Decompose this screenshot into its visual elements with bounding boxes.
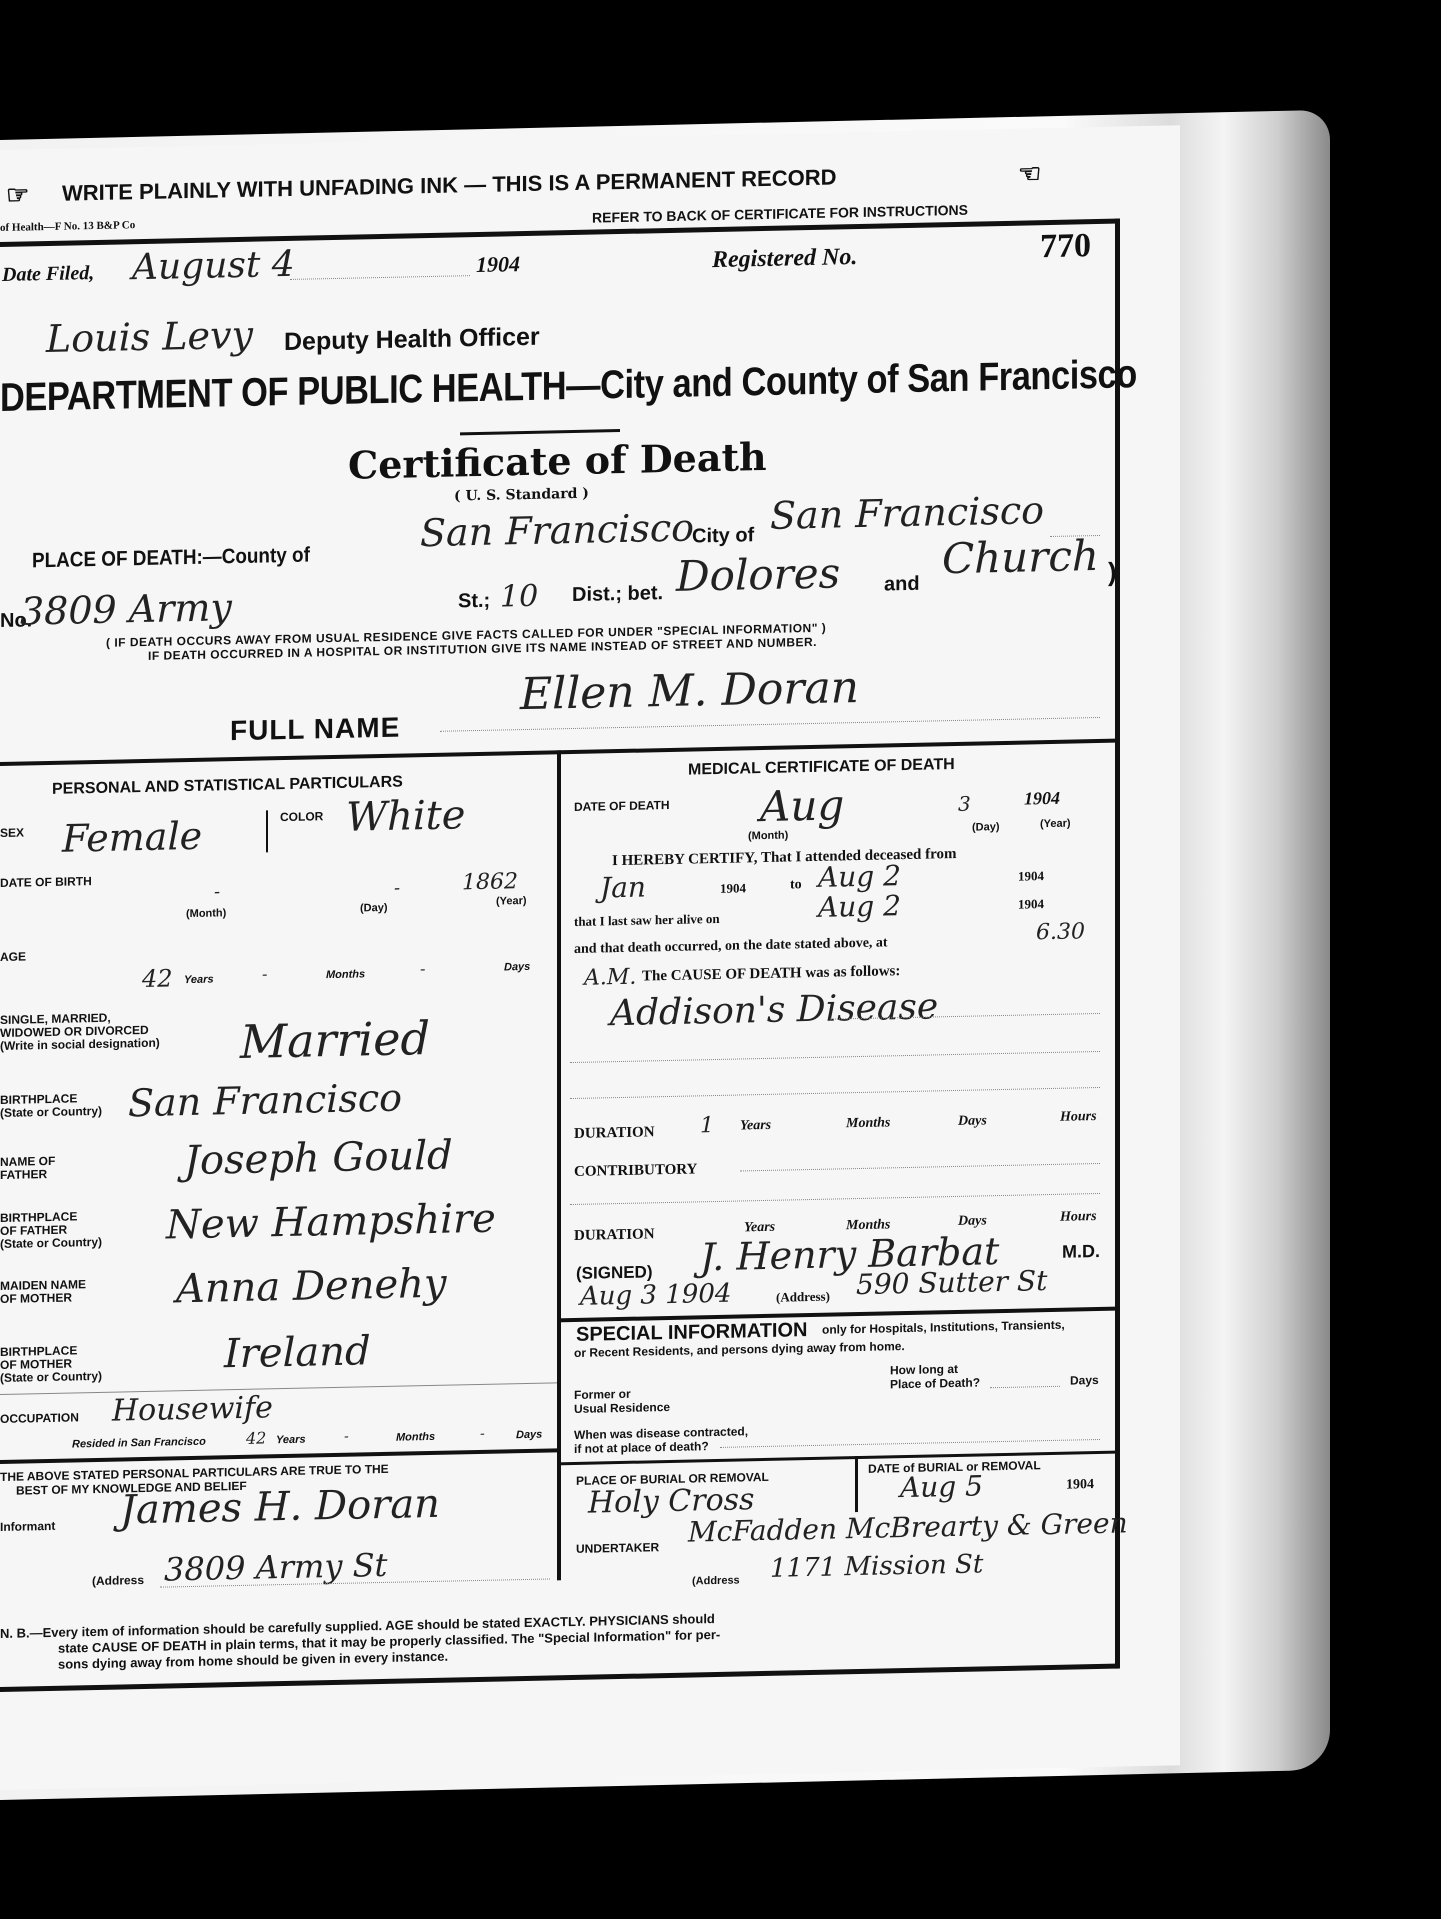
occupation-value: Housewife [112,1390,273,1428]
birthplace-value: San Francisco [128,1076,402,1126]
mother-birthplace-label: BIRTHPLACE OF MOTHER (State or Country) [0,1344,102,1385]
birth-day: - [394,878,400,899]
death-certificate-page: ☞ WRITE PLAINLY WITH UNFADING INK — THIS… [0,125,1180,1790]
burial-date: Aug 5 [900,1469,983,1504]
mother-value: Anna Denehy [176,1261,447,1313]
age-label: AGE [0,949,26,964]
last-saw-label: that I last saw her alive on [574,911,720,930]
between-street-2: Church [942,531,1099,583]
birth-year: 1862 [462,869,518,895]
attended-from: Jan [600,870,646,904]
street-value: 3809 Army [20,585,232,633]
death-month: Aug [760,780,844,831]
filed-label: Date Filed, [2,262,94,287]
informant-label: Informant [0,1519,55,1534]
father-birthplace-value: New Hampshire [166,1196,496,1249]
undertaker-address: 1171 Mission St [770,1549,983,1583]
death-time: 6.30 [1036,919,1085,945]
between-street-1: Dolores [676,548,840,600]
dist-label: Dist.; bet. [572,582,663,607]
banner-text: WRITE PLAINLY WITH UNFADING INK — THIS I… [62,164,837,206]
birthplace-label: BIRTHPLACE (State or Country) [0,1092,102,1120]
cause-value: Addison's Disease [610,986,938,1034]
sex-value: Female [62,814,202,861]
contributory-label: CONTRIBUTORY [574,1161,697,1181]
burial-year: 1904 [1066,1477,1094,1494]
duration-years: 1 [700,1113,714,1138]
pointing-hand-icon: ☜ [1018,158,1041,189]
contributory-duration-label: DURATION [574,1226,655,1245]
undertaker-label: UNDERTAKER [576,1540,659,1556]
county-value: San Francisco [420,505,694,555]
signed-date: Aug 3 1904 [580,1279,731,1312]
city-value: San Francisco [770,488,1044,538]
district-value: 10 [500,579,538,615]
st-label: St.; [458,590,490,614]
contracted-label: When was disease contracted, if not at p… [574,1424,748,1456]
occupation-label: OCCUPATION [0,1410,79,1426]
color-label: COLOR [280,809,323,824]
full-name-label: FULL NAME [230,712,400,748]
pointing-hand-icon: ☞ [6,179,30,210]
birth-label: DATE OF BIRTH [0,874,92,890]
registered-number: 770 [1040,227,1091,266]
informant-value: James H. Doran [120,1481,440,1534]
date-of-death-label: DATE OF DEATH [574,798,670,814]
marital-value: Married [240,1011,430,1069]
full-name-value: Ellen M. Doran [520,662,859,720]
filed-date: August 4 [132,244,295,288]
informant-address-label: (Address [92,1573,144,1588]
death-year: 1904 [1024,788,1060,810]
duration-label: DURATION [574,1124,655,1143]
mother-birthplace-value: Ireland [224,1328,371,1377]
color-value: White [346,792,465,841]
father-label: NAME OF FATHER [0,1155,55,1182]
officer-title: Deputy Health Officer [284,323,540,357]
sex-label: SEX [0,825,24,840]
father-value: Joseph Gould [184,1133,453,1185]
death-ampm: A.M. [584,965,636,991]
residence-label: Former or Usual Residence [574,1386,670,1416]
form-id: of Health—F No. 13 B&P Co [0,219,135,234]
registered-label: Registered No. [712,244,857,274]
physician-address: 590 Sutter St [856,1264,1047,1301]
city-label: City of [692,524,754,548]
certificate-title: Certificate of Death [348,434,767,488]
certificate-subtitle: ( U. S. Standard ) [454,486,589,505]
filed-year: 1904 [476,251,520,278]
age-years: 42 [142,964,173,993]
officer-signature: Louis Levy [46,313,253,361]
last-saw-date: Aug 2 [818,889,901,924]
death-day: 3 [958,792,971,816]
birth-month: - [214,881,220,902]
md-label: M.D. [1062,1241,1100,1263]
and-label: and [884,573,920,597]
marital-label: SINGLE, MARRIED, WIDOWED OR DIVORCED (Wr… [0,1011,160,1053]
father-birthplace-label: BIRTHPLACE OF FATHER (State or Country) [0,1210,102,1251]
mother-label: MAIDEN NAME OF MOTHER [0,1278,86,1306]
column-divider [557,750,561,1580]
how-long-label: How long at Place of Death? [890,1361,980,1391]
